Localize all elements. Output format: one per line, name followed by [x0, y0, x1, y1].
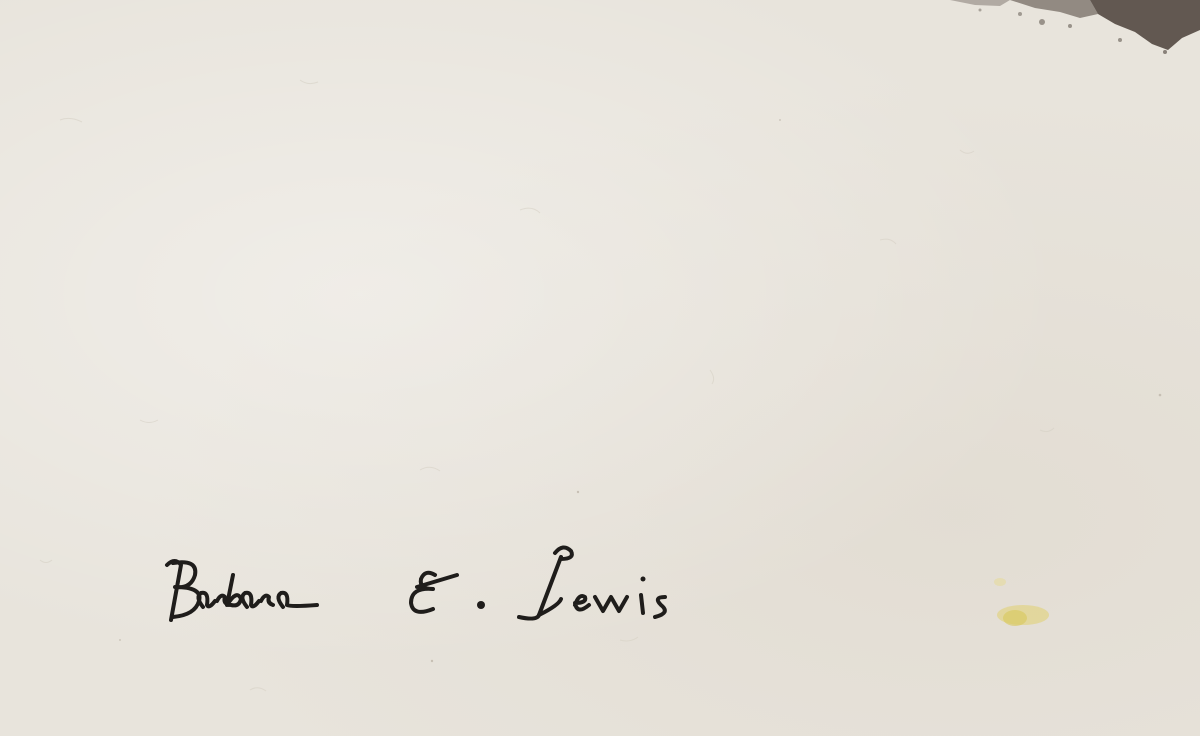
- paper-background: [0, 0, 1200, 736]
- ink-smudge: [920, 0, 1200, 60]
- yellow-stain: [975, 570, 1075, 640]
- signature: [155, 535, 825, 645]
